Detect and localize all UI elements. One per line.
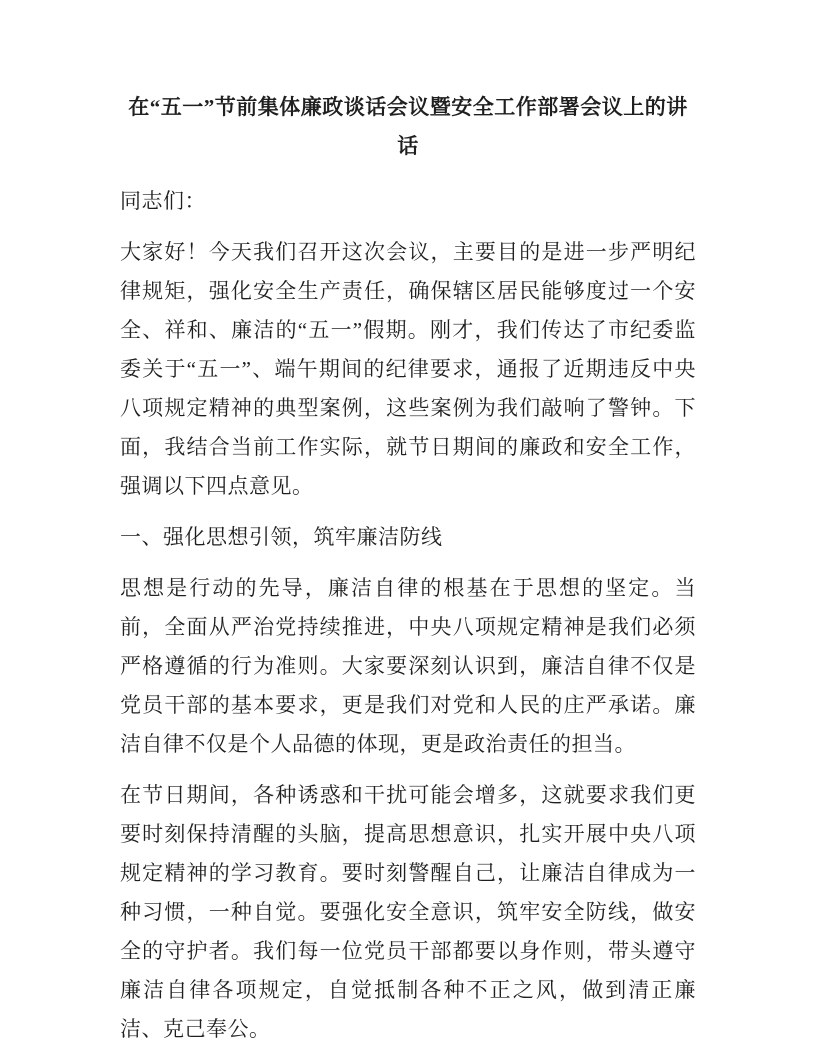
paragraph-thought-leadership: 思想是行动的先导，廉洁自律的根基在于思想的坚定。当前，全面从严治党持续推进，中央… — [120, 569, 696, 764]
paragraph-holiday-vigilance: 在节日期间，各种诱惑和干扰可能会增多，这就要求我们更要时刻保持清醒的头脑，提高思… — [120, 776, 696, 1049]
salutation: 同志们： — [120, 182, 696, 221]
document-title: 在“五一”节前集体廉政谈话会议暨安全工作部署会议上的讲话 — [120, 88, 696, 166]
paragraph-opening: 大家好！今天我们召开这次会议，主要目的是进一步严明纪律规矩，强化安全生产责任，确… — [120, 233, 696, 506]
section-heading-1: 一、强化思想引领，筑牢廉洁防线 — [120, 518, 696, 557]
document-page: 在“五一”节前集体廉政谈话会议暨安全工作部署会议上的讲话 同志们： 大家好！今天… — [0, 0, 816, 1056]
